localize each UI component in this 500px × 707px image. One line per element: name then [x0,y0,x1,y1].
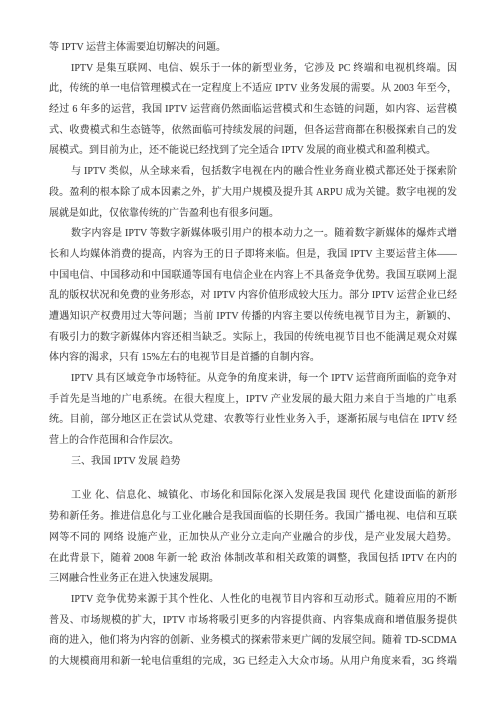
text-line: 有吸引力的数字新媒体内容还相当缺乏。实际上，我国的传统电视节目也不能满足观众对媒 [49,328,457,349]
text-line: 数字内容是 IPTV 等数字新媒体吸引用户的根本动力之一。随着数字新媒体的爆炸式… [49,224,457,245]
text-line: 展模式。到目前为止，还不能说已经找到了完全适合 IPTV 发展的商业模式和盈利模… [49,141,457,162]
section-heading: 三、我国 IPTV 发展 趋势 [49,452,457,473]
text-line: 三网融合性业务正在进入快速发展期。 [49,569,457,590]
text-line: 体内容的渴求，只有 15%左右的电视节目是首播的自制内容。 [49,348,457,369]
text-line: 遭遇知识产权费用过大等问题；当前 IPTV 传播的内容主要以传统电视节目为主，新… [49,307,457,328]
text-line: 工业 化、信息化、城镇化、市场化和国际化深入发展是我国 现代 化建设面临的新形 [49,486,457,507]
text-line: 势和新任务。推进信息化与工业化融合是我国面临的长期任务。我国广播电视、电信和互联 [49,507,457,528]
text-line: IPTV 竞争优势来源于其个性化、人性化的电视节目内容和互动形式。随着应用的不断 [49,590,457,611]
document-page: 等 IPTV 运营主体需要迫切解决的问题。IPTV 是集互联网、电信、娱乐于一体… [0,0,500,707]
text-line: 经过 6 年多的运营，我国 IPTV 运营商仍然面临运营模式和生态链的问题，如内… [49,100,457,121]
text-line: 统。目前，部分地区正在尝试从党建、农教等行业性业务入手，逐渐拓展与电信在 IPT… [49,410,457,431]
text-line: 中国电信、中国移动和中国联通等国有电信企业在内容上不具备竞争优势。我国互联网上混 [49,266,457,287]
paragraph-spacer [49,472,457,486]
text-line: 等 IPTV 运营主体需要迫切解决的问题。 [49,38,457,59]
text-line: 普及、市场规模的扩大，IPTV 市场将吸引更多的内容提供商、内容集成商和增值服务… [49,611,457,632]
text-line: 的大规模商用和新一轮电信重组的完成，3G 已经走入大众市场。从用户角度来看，3G… [49,652,457,673]
text-line: 在此背景下，随着 2008 年新一轮 政治 体制改革和相关政策的调整，我国包括 … [49,549,457,570]
text-line: 式、收费模式和生态链等，依然面临可持续发展的问题，但各运营商都在积极探索自己的发 [49,121,457,142]
text-line: IPTV 具有区域竞争市场特征。从竞争的角度来讲，每一个 IPTV 运营商所面临… [49,369,457,390]
text-line: 此，传统的单一电信管理模式在一定程度上不适应 IPTV 业务发展的需要。从 20… [49,79,457,100]
text-line: IPTV 是集互联网、电信、娱乐于一体的新型业务，它涉及 PC 终端和电视机终端… [49,59,457,80]
text-line: 乱的版权状况和免费的业务形态，对 IPTV 内容价值形成较大压力。部分 IPTV… [49,286,457,307]
text-line: 与 IPTV 类似，从全球来看，包括数字电视在内的融合性业务商业模式都还处于探索… [49,162,457,183]
text-line: 展就是如此，仅依靠传统的广告盈利也有很多问题。 [49,204,457,225]
text-line: 手首先是当地的广电系统。在很大程度上，IPTV 产业发展的最大阻力来自于当地的广… [49,390,457,411]
text-line: 长和人均媒体消费的提高，内容为王的日子即将来临。但是，我国 IPTV 主要运营主… [49,245,457,266]
text-line: 营上的合作范围和合作层次。 [49,431,457,452]
text-line: 商的进入，他们将为内容的创新、业务模式的探索带来更广阔的发展空间。随着 TD-S… [49,631,457,652]
document-content: 等 IPTV 运营主体需要迫切解决的问题。IPTV 是集互联网、电信、娱乐于一体… [49,38,457,673]
text-line: 段。盈利的根本除了成本因素之外，扩大用户规模及提升其 ARPU 成为关键。数字电… [49,183,457,204]
text-line: 网等不同的 网络 设施产业，正加快从产业分立走向产业融合的步伐，是产业发展大趋势… [49,528,457,549]
